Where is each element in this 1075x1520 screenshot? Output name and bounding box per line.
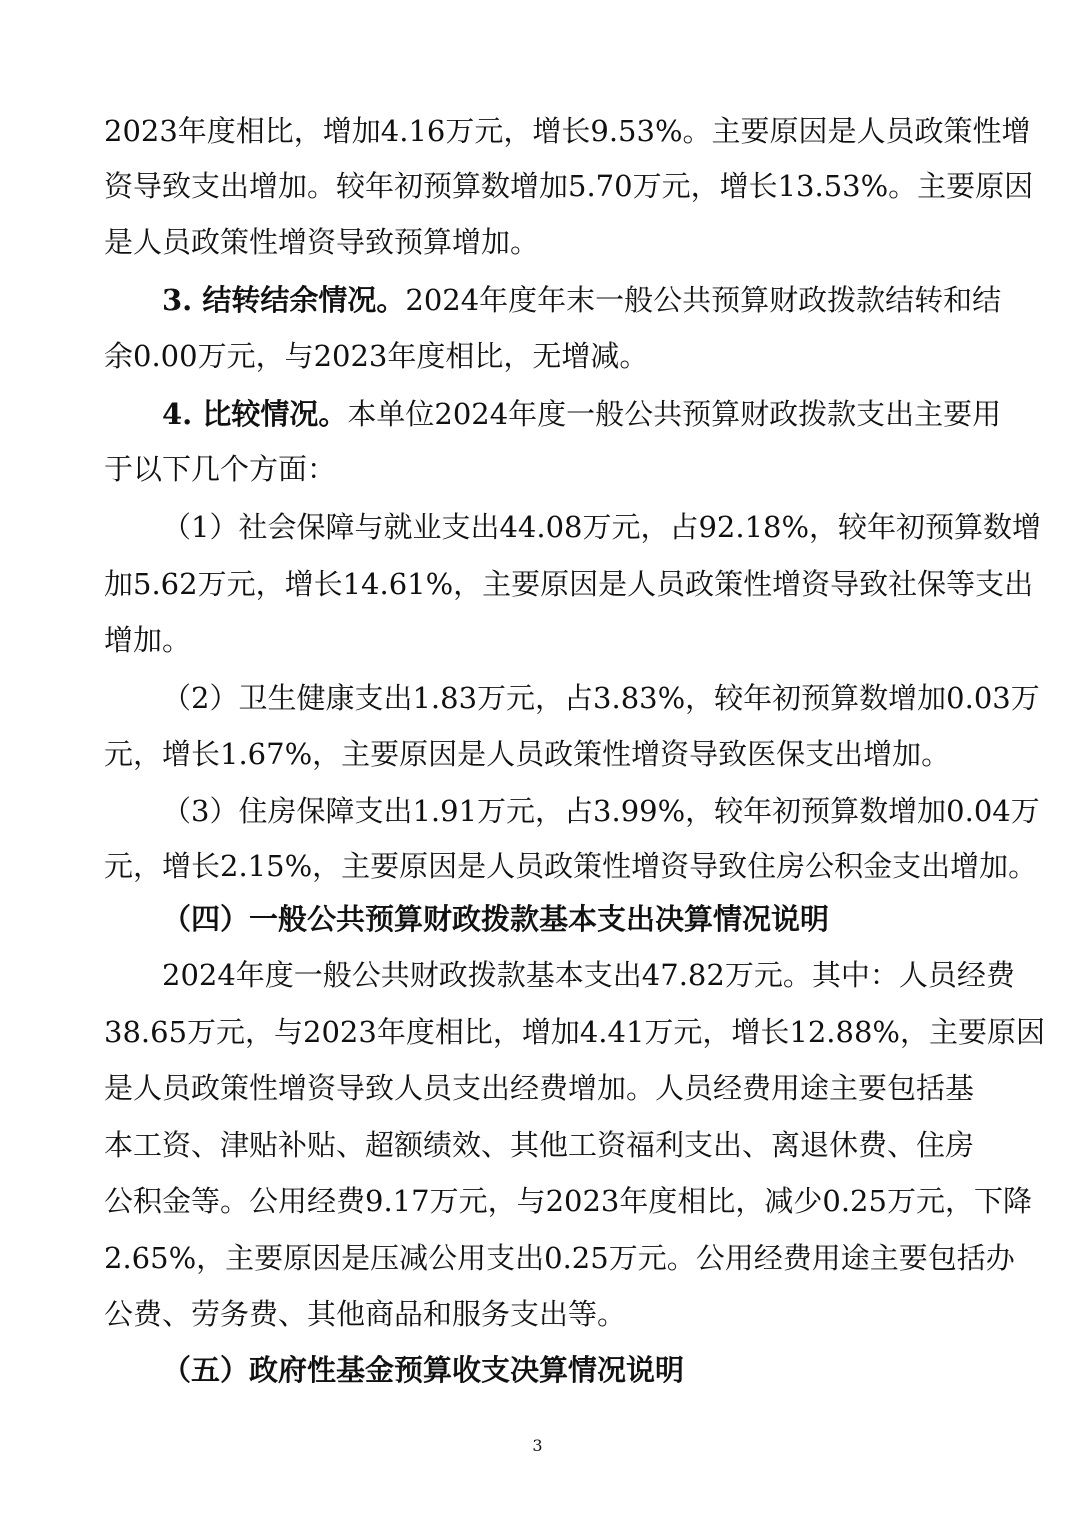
page-number: 3 bbox=[0, 1436, 1075, 1456]
text-line: 是人员政策性增资导致预算增加。 bbox=[104, 222, 970, 262]
text-line: 元，增长2.15%，主要原因是人员政策性增资导致住房公积金支出增加。 bbox=[104, 846, 970, 886]
text-line: 3. 结转结余情况。2024年度年末一般公共预算财政拨款结转和结 bbox=[162, 280, 970, 320]
text-line: 是人员政策性增资导致人员支出经费增加。人员经费用途主要包括基 bbox=[104, 1068, 970, 1108]
text-line: 资导致支出增加。较年初预算数增加5.70万元，增长13.53%。主要原因 bbox=[104, 166, 970, 206]
text-line: （3）住房保障支出1.91万元，占3.99%，较年初预算数增加0.04万 bbox=[162, 791, 970, 831]
text-line: 公积金等。公用经费9.17万元，与2023年度相比，减少0.25万元，下降 bbox=[104, 1181, 970, 1221]
text-line: 于以下几个方面： bbox=[104, 449, 970, 489]
text-line: 本工资、津贴补贴、超额绩效、其他工资福利支出、离退休费、住房 bbox=[104, 1125, 970, 1165]
section-title: 3. 结转结余情况。 bbox=[162, 283, 405, 317]
text-line: 4. 比较情况。本单位2024年度一般公共预算财政拨款支出主要用 bbox=[162, 394, 970, 434]
text-line: 公费、劳务费、其他商品和服务支出等。 bbox=[104, 1294, 970, 1334]
section-text: 本单位2024年度一般公共预算财政拨款支出主要用 bbox=[347, 397, 1001, 431]
text-line: 余0.00万元，与2023年度相比，无增减。 bbox=[104, 336, 970, 376]
section-text: 2024年度年末一般公共预算财政拨款结转和结 bbox=[405, 283, 1001, 317]
text-line: 2023年度相比，增加4.16万元，增长9.53%。主要原因是人员政策性增 bbox=[104, 111, 970, 151]
text-line: 2024年度一般公共财政拨款基本支出47.82万元。其中：人员经费 bbox=[162, 955, 970, 995]
text-line: 2.65%，主要原因是压减公用支出0.25万元。公用经费用途主要包括办 bbox=[104, 1238, 970, 1278]
text-line: 38.65万元，与2023年度相比，增加4.41万元，增长12.88%，主要原因 bbox=[104, 1012, 970, 1052]
text-line: 元，增长1.67%，主要原因是人员政策性增资导致医保支出增加。 bbox=[104, 734, 970, 774]
section-heading-basic-expenditure: （四）一般公共预算财政拨款基本支出决算情况说明 bbox=[162, 899, 829, 939]
text-line: 增加。 bbox=[104, 620, 970, 660]
text-line: （2）卫生健康支出1.83万元，占3.83%，较年初预算数增加0.03万 bbox=[162, 678, 970, 718]
section-title: 4. 比较情况。 bbox=[162, 397, 347, 431]
text-line: （1）社会保障与就业支出44.08万元，占92.18%，较年初预算数增 bbox=[162, 507, 970, 547]
text-line: 加5.62万元，增长14.61%，主要原因是人员政策性增资导致社保等支出 bbox=[104, 564, 970, 604]
section-heading-government-fund: （五）政府性基金预算收支决算情况说明 bbox=[162, 1350, 684, 1390]
